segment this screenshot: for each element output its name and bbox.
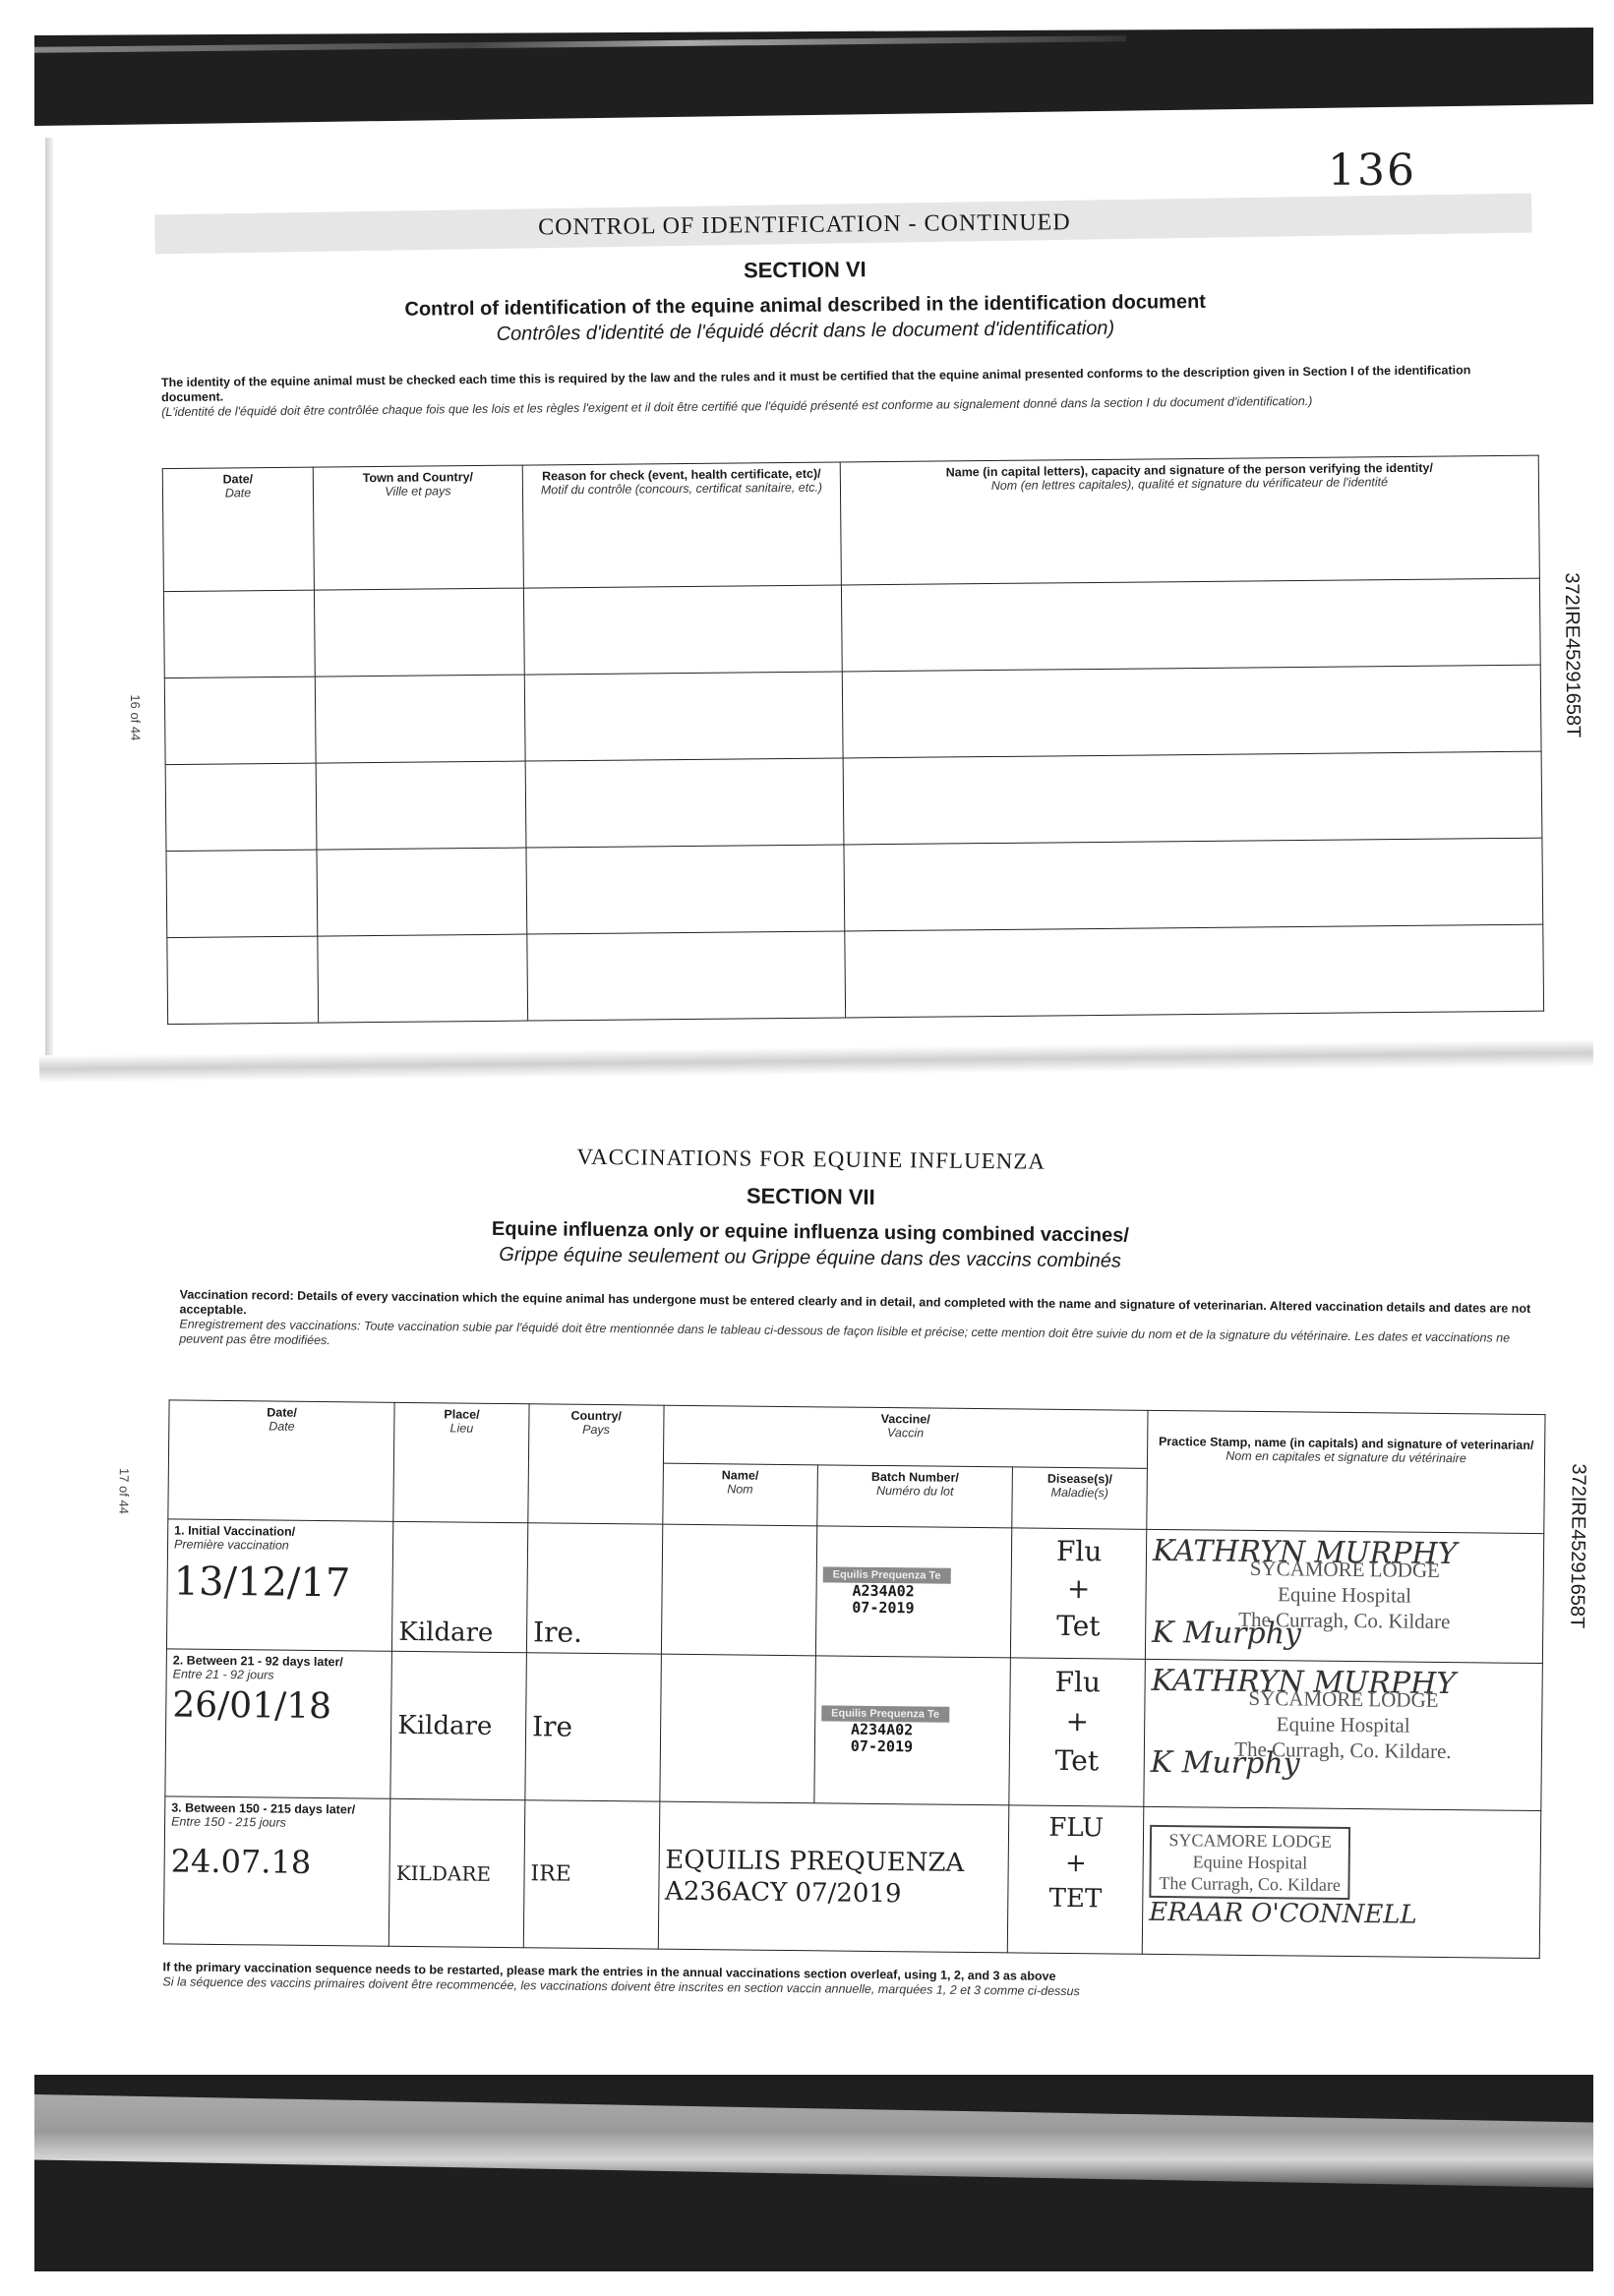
col-place-en: Place/ (401, 1407, 523, 1422)
cell-place[interactable]: Kildare (390, 1651, 526, 1799)
cell-reason[interactable] (527, 931, 846, 1021)
col-vaccine-name: Name/ Nom (662, 1463, 817, 1526)
hand-date: 24.07.18 (170, 1842, 384, 1881)
cell-date[interactable] (166, 850, 318, 937)
col-country-fr: Pays (535, 1422, 657, 1437)
cell-vaccine-name[interactable] (661, 1524, 817, 1656)
cell-disease[interactable]: Flu + Tet (1009, 1658, 1145, 1806)
cell-country[interactable]: Ire (525, 1653, 661, 1801)
disease-plus: + (1018, 1569, 1140, 1608)
col-date-en: Date/ (169, 472, 307, 487)
col-name-fr: Nom (669, 1482, 810, 1498)
vaccine-sticker-label: Equilis Prequenza Te (821, 1705, 949, 1722)
col-name-en: Name/ (669, 1468, 810, 1484)
cell-place[interactable]: KILDARE (389, 1798, 525, 1947)
table-row (166, 838, 1543, 937)
cell-signature[interactable] (844, 838, 1543, 931)
col-vaccine: Vaccine/ Vaccin (663, 1405, 1148, 1468)
cell-signature[interactable] (843, 751, 1542, 845)
col-date-fr: Date (169, 486, 307, 500)
disease-2: Tet (1017, 1607, 1139, 1645)
scan-edge-bottom (34, 2075, 1593, 2271)
col-disease: Disease(s)/ Maladie(s) (1012, 1467, 1147, 1529)
col-date: Date/ Date (162, 467, 314, 591)
cell-date[interactable] (163, 590, 315, 677)
col-town-fr: Ville et pays (320, 484, 516, 500)
cell-date[interactable]: 3. Between 150 - 215 days later/ Entre 1… (163, 1796, 390, 1946)
side-passport-id: 372IRE45291658T (1560, 572, 1584, 737)
section-vi: CONTROL OF IDENTIFICATION - CONTINUED SE… (0, 0, 1614, 1070)
cell-practice-stamp[interactable]: KATHRYN MURPHY SYCAMORE LODGE Equine Hos… (1145, 1529, 1543, 1663)
col-practice: Practice Stamp, name (in capitals) and s… (1147, 1410, 1545, 1533)
cell-practice-stamp[interactable]: SYCAMORE LODGE Equine Hospital The Curra… (1142, 1806, 1541, 1958)
identity-check-table: Date/ Date Town and Country/ Ville et pa… (162, 455, 1544, 1025)
col-name-signature: Name (in capital letters), capacity and … (840, 455, 1539, 585)
table-header-row: Date/ Date Town and Country/ Ville et pa… (162, 455, 1539, 591)
stamp-line: Equine Hospital (1152, 1580, 1536, 1610)
side-page-number: 16 of 44 (128, 694, 143, 740)
row-label-fr: Première vaccination (174, 1537, 387, 1553)
row-label-fr: Entre 150 - 215 jours (171, 1814, 384, 1830)
cell-signature[interactable] (841, 578, 1540, 672)
cell-town[interactable] (315, 675, 525, 763)
cell-place[interactable]: Kildare (392, 1521, 528, 1652)
col-disease-en: Disease(s)/ (1019, 1471, 1141, 1486)
practice-stamp: SYCAMORE LODGE Equine Hospital The Curra… (1149, 1825, 1350, 1900)
cell-date[interactable]: 2. Between 21 - 92 days later/ Entre 21 … (165, 1649, 392, 1798)
cell-disease[interactable]: Flu + Tet (1011, 1528, 1147, 1659)
disease-plus: + (1015, 1845, 1137, 1881)
stamp-line: SYCAMORE LODGE (1160, 1829, 1342, 1853)
disease-2: Tet (1016, 1740, 1138, 1781)
cell-batch[interactable]: Equilis Prequenza Te A234A02 07-2019 (815, 1526, 1012, 1658)
cell-date[interactable] (167, 936, 319, 1024)
disease-1: FLU (1015, 1809, 1137, 1846)
cell-vaccine-name[interactable]: EQUILIS PREQUENZA A236ACY 07/2019 (658, 1801, 1009, 1953)
cell-reason[interactable] (526, 845, 845, 934)
cell-reason[interactable] (525, 758, 844, 848)
col-country-en: Country/ (535, 1408, 657, 1423)
cell-reason[interactable] (524, 672, 843, 761)
stamp-line: Equine Hospital (1160, 1851, 1342, 1874)
cell-date[interactable] (165, 763, 317, 851)
cell-town[interactable] (316, 761, 526, 850)
cell-town[interactable] (317, 848, 527, 936)
side-passport-id: 372IRE45291658T (1565, 1463, 1589, 1628)
vaccination-row-1: 1. Initial Vaccination/ Première vaccina… (166, 1519, 1543, 1664)
cell-signature[interactable] (842, 665, 1541, 758)
cell-date[interactable] (164, 677, 316, 764)
cell-practice-stamp[interactable]: KATHRYN MURPHY SYCAMORE LODGE Equine Hos… (1144, 1659, 1543, 1810)
section-vii-footer: If the primary vaccination sequence need… (162, 1960, 1539, 2004)
section-vii-note: Vaccination record: Details of every vac… (179, 1288, 1557, 1362)
vaccine-sticker-label: Equilis Prequenza Te (823, 1566, 951, 1583)
hand-date: 26/01/18 (172, 1684, 386, 1727)
cell-country[interactable]: Ire. (526, 1523, 662, 1654)
cell-town[interactable] (314, 588, 524, 677)
col-town-country: Town and Country/ Ville et pays (313, 465, 523, 590)
stamp-line: Equine Hospital (1151, 1710, 1535, 1739)
vaccination-row-3: 3. Between 150 - 215 days later/ Entre 1… (163, 1796, 1540, 1959)
batch-expiry: 07-2019 (851, 1737, 1004, 1756)
section-vi-label: SECTION VI (0, 250, 1612, 291)
table-row (167, 924, 1544, 1024)
col-reason-fr: Motif du contrôle (concours, certificat … (529, 481, 834, 498)
cell-town[interactable] (318, 934, 528, 1023)
vaccination-table: Date/ Date Place/ Lieu Country/ Pays Vac… (163, 1399, 1546, 1959)
table-row (164, 665, 1541, 764)
disease-1: Flu (1017, 1662, 1139, 1702)
col-place: Place/ Lieu (393, 1402, 529, 1522)
section-vi-note: The identity of the equine animal must b… (161, 363, 1528, 420)
col-place-fr: Lieu (400, 1421, 522, 1436)
col-batch-fr: Numéro du lot (823, 1483, 1006, 1499)
side-page-number: 17 of 44 (116, 1468, 131, 1514)
col-country: Country/ Pays (528, 1404, 664, 1524)
cell-reason[interactable] (523, 585, 842, 675)
col-reason: Reason for check (event, health certific… (522, 462, 841, 588)
row-label-fr: Entre 21 - 92 jours (173, 1667, 386, 1682)
disease-plus: + (1016, 1701, 1138, 1741)
cell-signature[interactable] (845, 924, 1544, 1018)
disease-2: TET (1014, 1880, 1136, 1916)
col-disease-fr: Maladie(s) (1019, 1485, 1141, 1500)
cell-batch[interactable]: Equilis Prequenza Te A234A02 07-2019 (814, 1656, 1011, 1805)
col-date-fr: Date (175, 1418, 388, 1434)
disease-1: Flu (1018, 1532, 1140, 1570)
section-vii: VACCINATIONS FOR EQUINE INFLUENZA SECTIO… (0, 1054, 1614, 2054)
table-row (165, 751, 1542, 851)
cell-vaccine-name[interactable] (659, 1654, 815, 1803)
batch-expiry: 07-2019 (852, 1599, 1005, 1618)
vet-signature: ERAAR O'CONNELL (1149, 1898, 1533, 1931)
hand-date: 13/12/17 (173, 1559, 387, 1606)
table-header-row: Date/ Date Place/ Lieu Country/ Pays Vac… (168, 1400, 1545, 1473)
section-vii-label: SECTION VII (4, 1176, 1614, 1218)
cell-country[interactable]: IRE (523, 1800, 659, 1949)
col-batch: Batch Number/ Numéro du lot (817, 1465, 1013, 1528)
table-row (163, 578, 1540, 677)
section-vii-heading: VACCINATIONS FOR EQUINE INFLUENZA (4, 1139, 1614, 1181)
vaccination-row-2: 2. Between 21 - 92 days later/ Entre 21 … (165, 1649, 1542, 1811)
cell-date[interactable]: 1. Initial Vaccination/ Première vaccina… (166, 1519, 393, 1651)
col-date: Date/ Date (168, 1400, 394, 1521)
stamp-line: The Curragh, Co. Kildare (1159, 1872, 1341, 1896)
cell-disease[interactable]: FLU + TET (1008, 1805, 1144, 1954)
